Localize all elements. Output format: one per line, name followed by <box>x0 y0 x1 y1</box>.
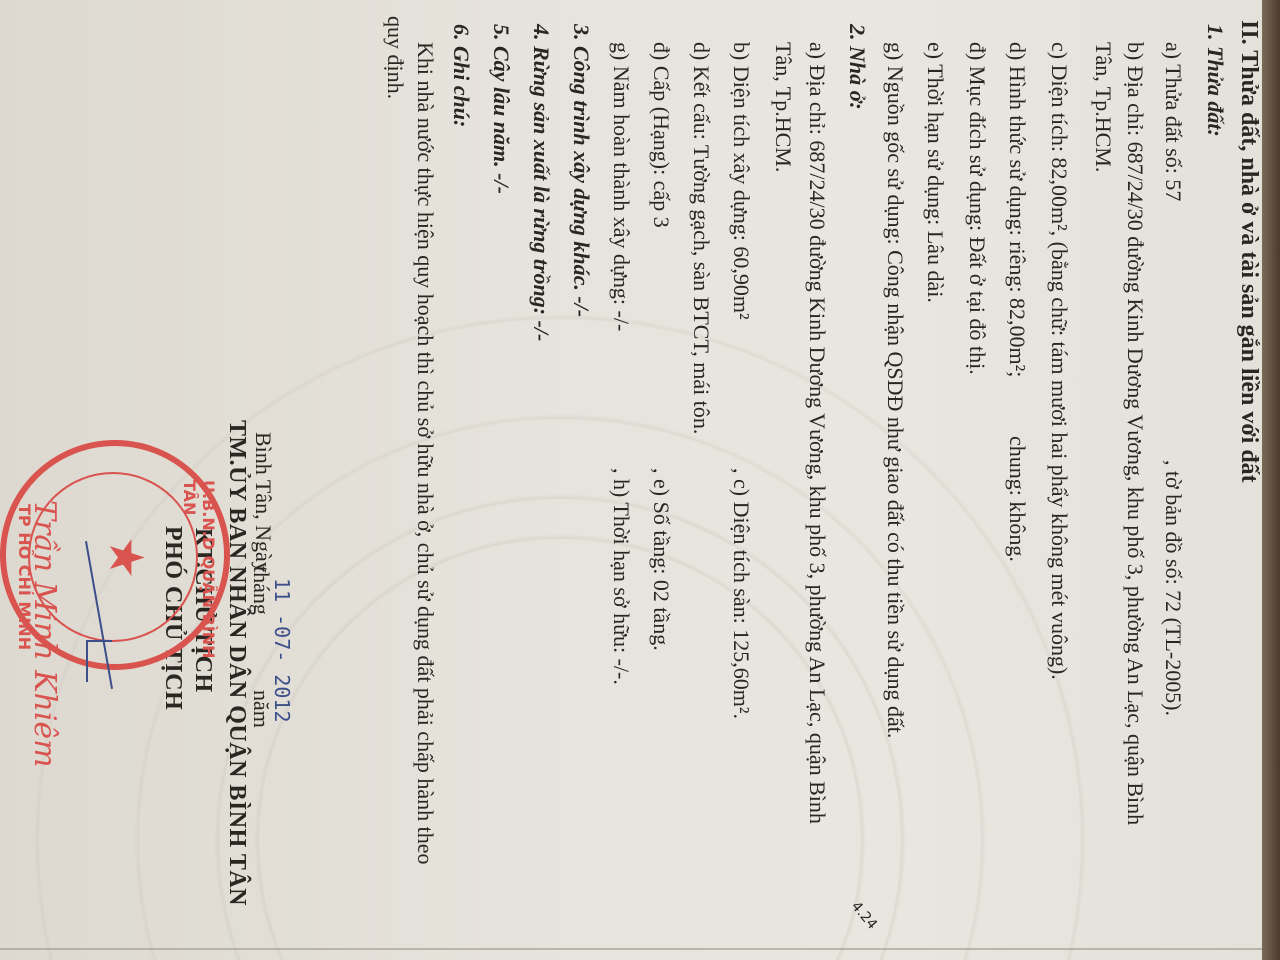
notes-line1: Khi nhà nước thực hiện quy hoạch thì chủ… <box>412 42 438 864</box>
month-label: tháng <box>248 566 274 615</box>
section-title: II. Thửa đất, nhà ở và tài sản gắn liền … <box>1235 20 1262 483</box>
notes-heading: 6. Ghi chú: <box>448 24 474 127</box>
land-use-form: d) Hình thức sử dụng: riêng: 82,00m²; <box>1004 42 1030 377</box>
land-use-purpose: đ) Mục đích sử dụng: Đất ở tại đô thị. <box>964 42 990 375</box>
land-map-sheet: , tờ bản đồ số: 72 (TL-2005). <box>1160 460 1186 716</box>
house-structure: d) Kết cấu: Tường gạch, sàn BTCT, mái tô… <box>688 42 714 434</box>
house-heading: 2. Nhà ở: <box>844 24 870 110</box>
perennial-trees: 5. Cây lâu năm. -/- <box>488 24 514 194</box>
land-address-line1: b) Địa chỉ: 687/24/30 đường Kinh Dương V… <box>1122 42 1148 825</box>
land-parcel-number: a) Thửa đất số: 57 <box>1160 42 1186 201</box>
other-works: 3. Công trình xây dựng khác. -/- <box>568 24 594 317</box>
land-use-shared: chung: không. <box>1004 436 1030 562</box>
place-date-prefix: Bình Tân, Ngày <box>250 432 276 573</box>
production-forest: 4. Rừng sản xuất là rừng trồng: -/- <box>528 24 554 341</box>
margin-mark: 4.24 <box>848 899 880 933</box>
land-use-term: e) Thời hạn sử dụng: Lâu dài. <box>922 42 948 303</box>
land-origin: g) Nguồn gốc sử dụng: Công nhận QSDĐ như… <box>882 42 908 738</box>
house-floor-area: , c) Diện tích sàn: 125,60m². <box>728 468 754 719</box>
rotated-document: II. Thửa đất, nhà ở và tài sản gắn liền … <box>20 0 1280 960</box>
issuing-org: TM.ỦY BAN NHÂN DÂN QUẬN BÌNH TÂN <box>223 420 250 906</box>
house-address-line2: Tân, Tp.HCM. <box>770 42 796 172</box>
land-area: c) Diện tích: 82,00m², (bằng chữ: tám mư… <box>1046 42 1072 680</box>
notes-line2: quy định. <box>382 16 408 99</box>
stamp-top-text: U.B.N.D QUẬN BÌNH TÂN <box>180 480 218 664</box>
house-floors: , e) Số tầng: 02 tầng. <box>648 468 674 651</box>
land-heading: 1. Thửa đất: <box>1202 24 1228 137</box>
document-content: II. Thửa đất, nhà ở và tài sản gắn liền … <box>20 0 1280 960</box>
signer-name: Trần Minh Khiêm <box>27 500 62 768</box>
house-grade: đ) Cấp (Hạng): cấp 3 <box>648 42 674 228</box>
year-label: năm <box>248 690 274 728</box>
house-completion-year: g) Năm hoàn thành xây dựng: -/- <box>608 42 634 331</box>
land-address-line2: Tân, Tp.HCM. <box>1090 42 1116 172</box>
house-build-area: b) Diện tích xây dựng: 60,90m² <box>728 42 754 320</box>
house-address-line1: a) Địa chỉ: 687/24/30 đường Kinh Dương V… <box>804 42 830 824</box>
pen-signature-mark <box>86 640 112 682</box>
house-ownership-term: , h) Thời hạn sở hữu: -/-. <box>608 468 634 685</box>
star-emblem-icon: ★ <box>98 536 154 579</box>
